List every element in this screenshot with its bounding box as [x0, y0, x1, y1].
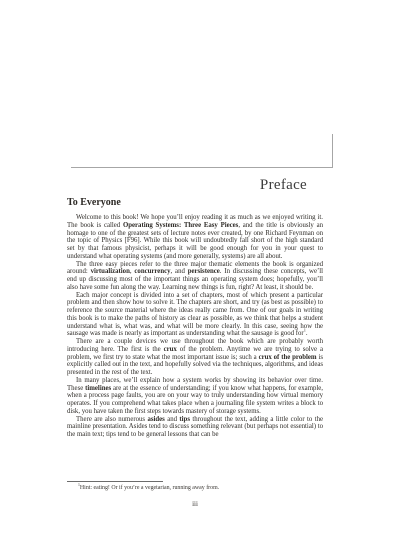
footnote-text: Hint: eating! Or if you’re a vegetarian,… — [80, 485, 219, 491]
preface-page: Preface To Everyone Welcome to this book… — [0, 0, 400, 550]
chapter-title: Preface — [260, 177, 307, 194]
paragraph: There are also numerous asides and tips … — [67, 416, 323, 439]
paragraph: There are a couple devices we use throug… — [67, 338, 323, 377]
page-number: iii — [67, 500, 323, 508]
paragraph: In many places, we’ll explain how a syst… — [67, 377, 323, 416]
footnote: 1Hint: eating! Or if you’re a vegetarian… — [67, 485, 323, 492]
chapter-rule — [71, 167, 333, 168]
footnote-rule — [67, 481, 163, 482]
paragraph: Each major concept is divided into a set… — [67, 292, 323, 339]
chapter-rule-tick — [332, 134, 333, 168]
paragraph: The three easy pieces refer to the three… — [67, 261, 323, 292]
paragraph: Welcome to this book! We hope you’ll enj… — [67, 214, 323, 261]
section-heading: To Everyone — [67, 197, 121, 208]
body-text: Welcome to this book! We hope you’ll enj… — [67, 214, 323, 439]
